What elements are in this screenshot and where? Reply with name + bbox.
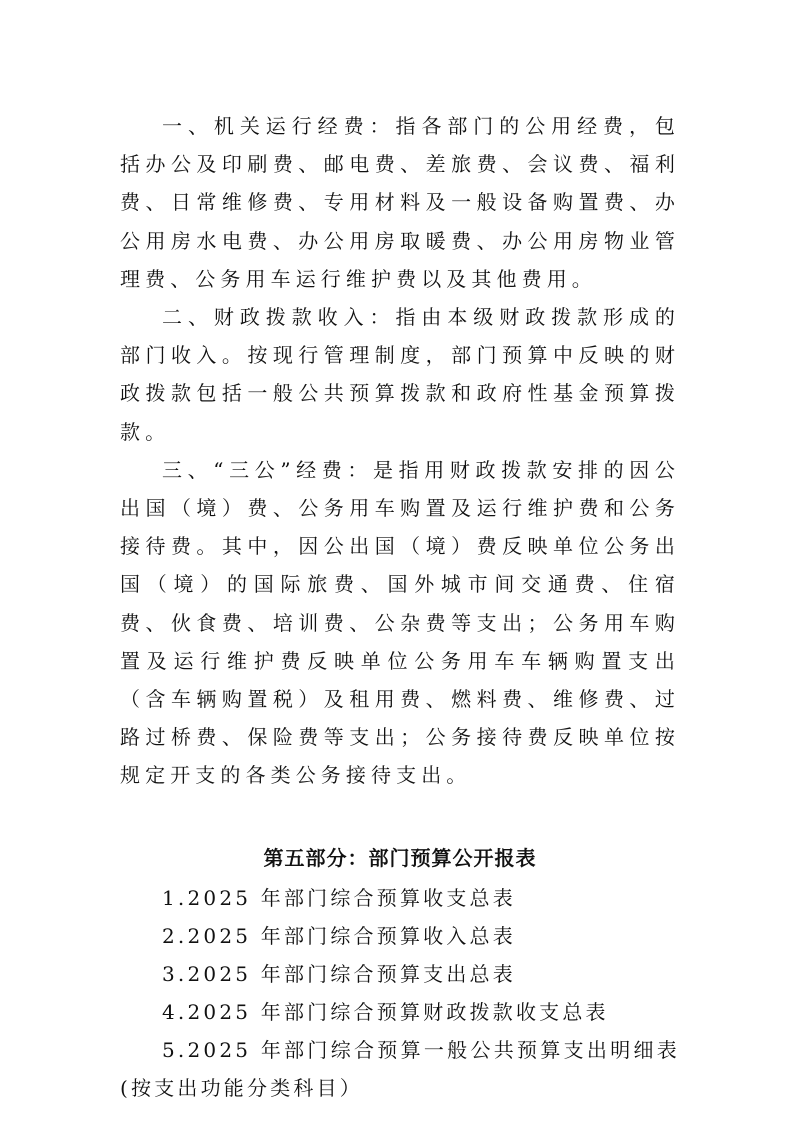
report-list-item: 4.2025 年部门综合预算财政拨款收支总表: [120, 993, 680, 1031]
paragraph-three-public-expenses: 三、“三公”经费：是指用财政拨款安排的因公出国（境）费、公务用车购置及运行维护费…: [120, 451, 680, 795]
paragraph-operating-expenses: 一、机关运行经费：指各部门的公用经费，包括办公及印刷费、邮电费、差旅费、会议费、…: [120, 107, 680, 298]
report-list: 1.2025 年部门综合预算收支总表 2.2025 年部门综合预算收入总表 3.…: [120, 879, 680, 1107]
document-page: 一、机关运行经费：指各部门的公用经费，包括办公及印刷费、邮电费、差旅费、会议费、…: [120, 107, 680, 1107]
report-list-item: 5.2025 年部门综合预算一般公共预算支出明细表(按支出功能分类科目）: [120, 1031, 680, 1107]
paragraph-fiscal-appropriation-income: 二、财政拨款收入：指由本级财政拨款形成的部门收入。按现行管理制度，部门预算中反映…: [120, 298, 680, 451]
report-list-item: 3.2025 年部门综合预算支出总表: [120, 955, 680, 993]
report-list-item: 2.2025 年部门综合预算收入总表: [120, 917, 680, 955]
report-list-item: 1.2025 年部门综合预算收支总表: [120, 879, 680, 917]
section-title: 第五部分：部门预算公开报表: [120, 839, 680, 877]
